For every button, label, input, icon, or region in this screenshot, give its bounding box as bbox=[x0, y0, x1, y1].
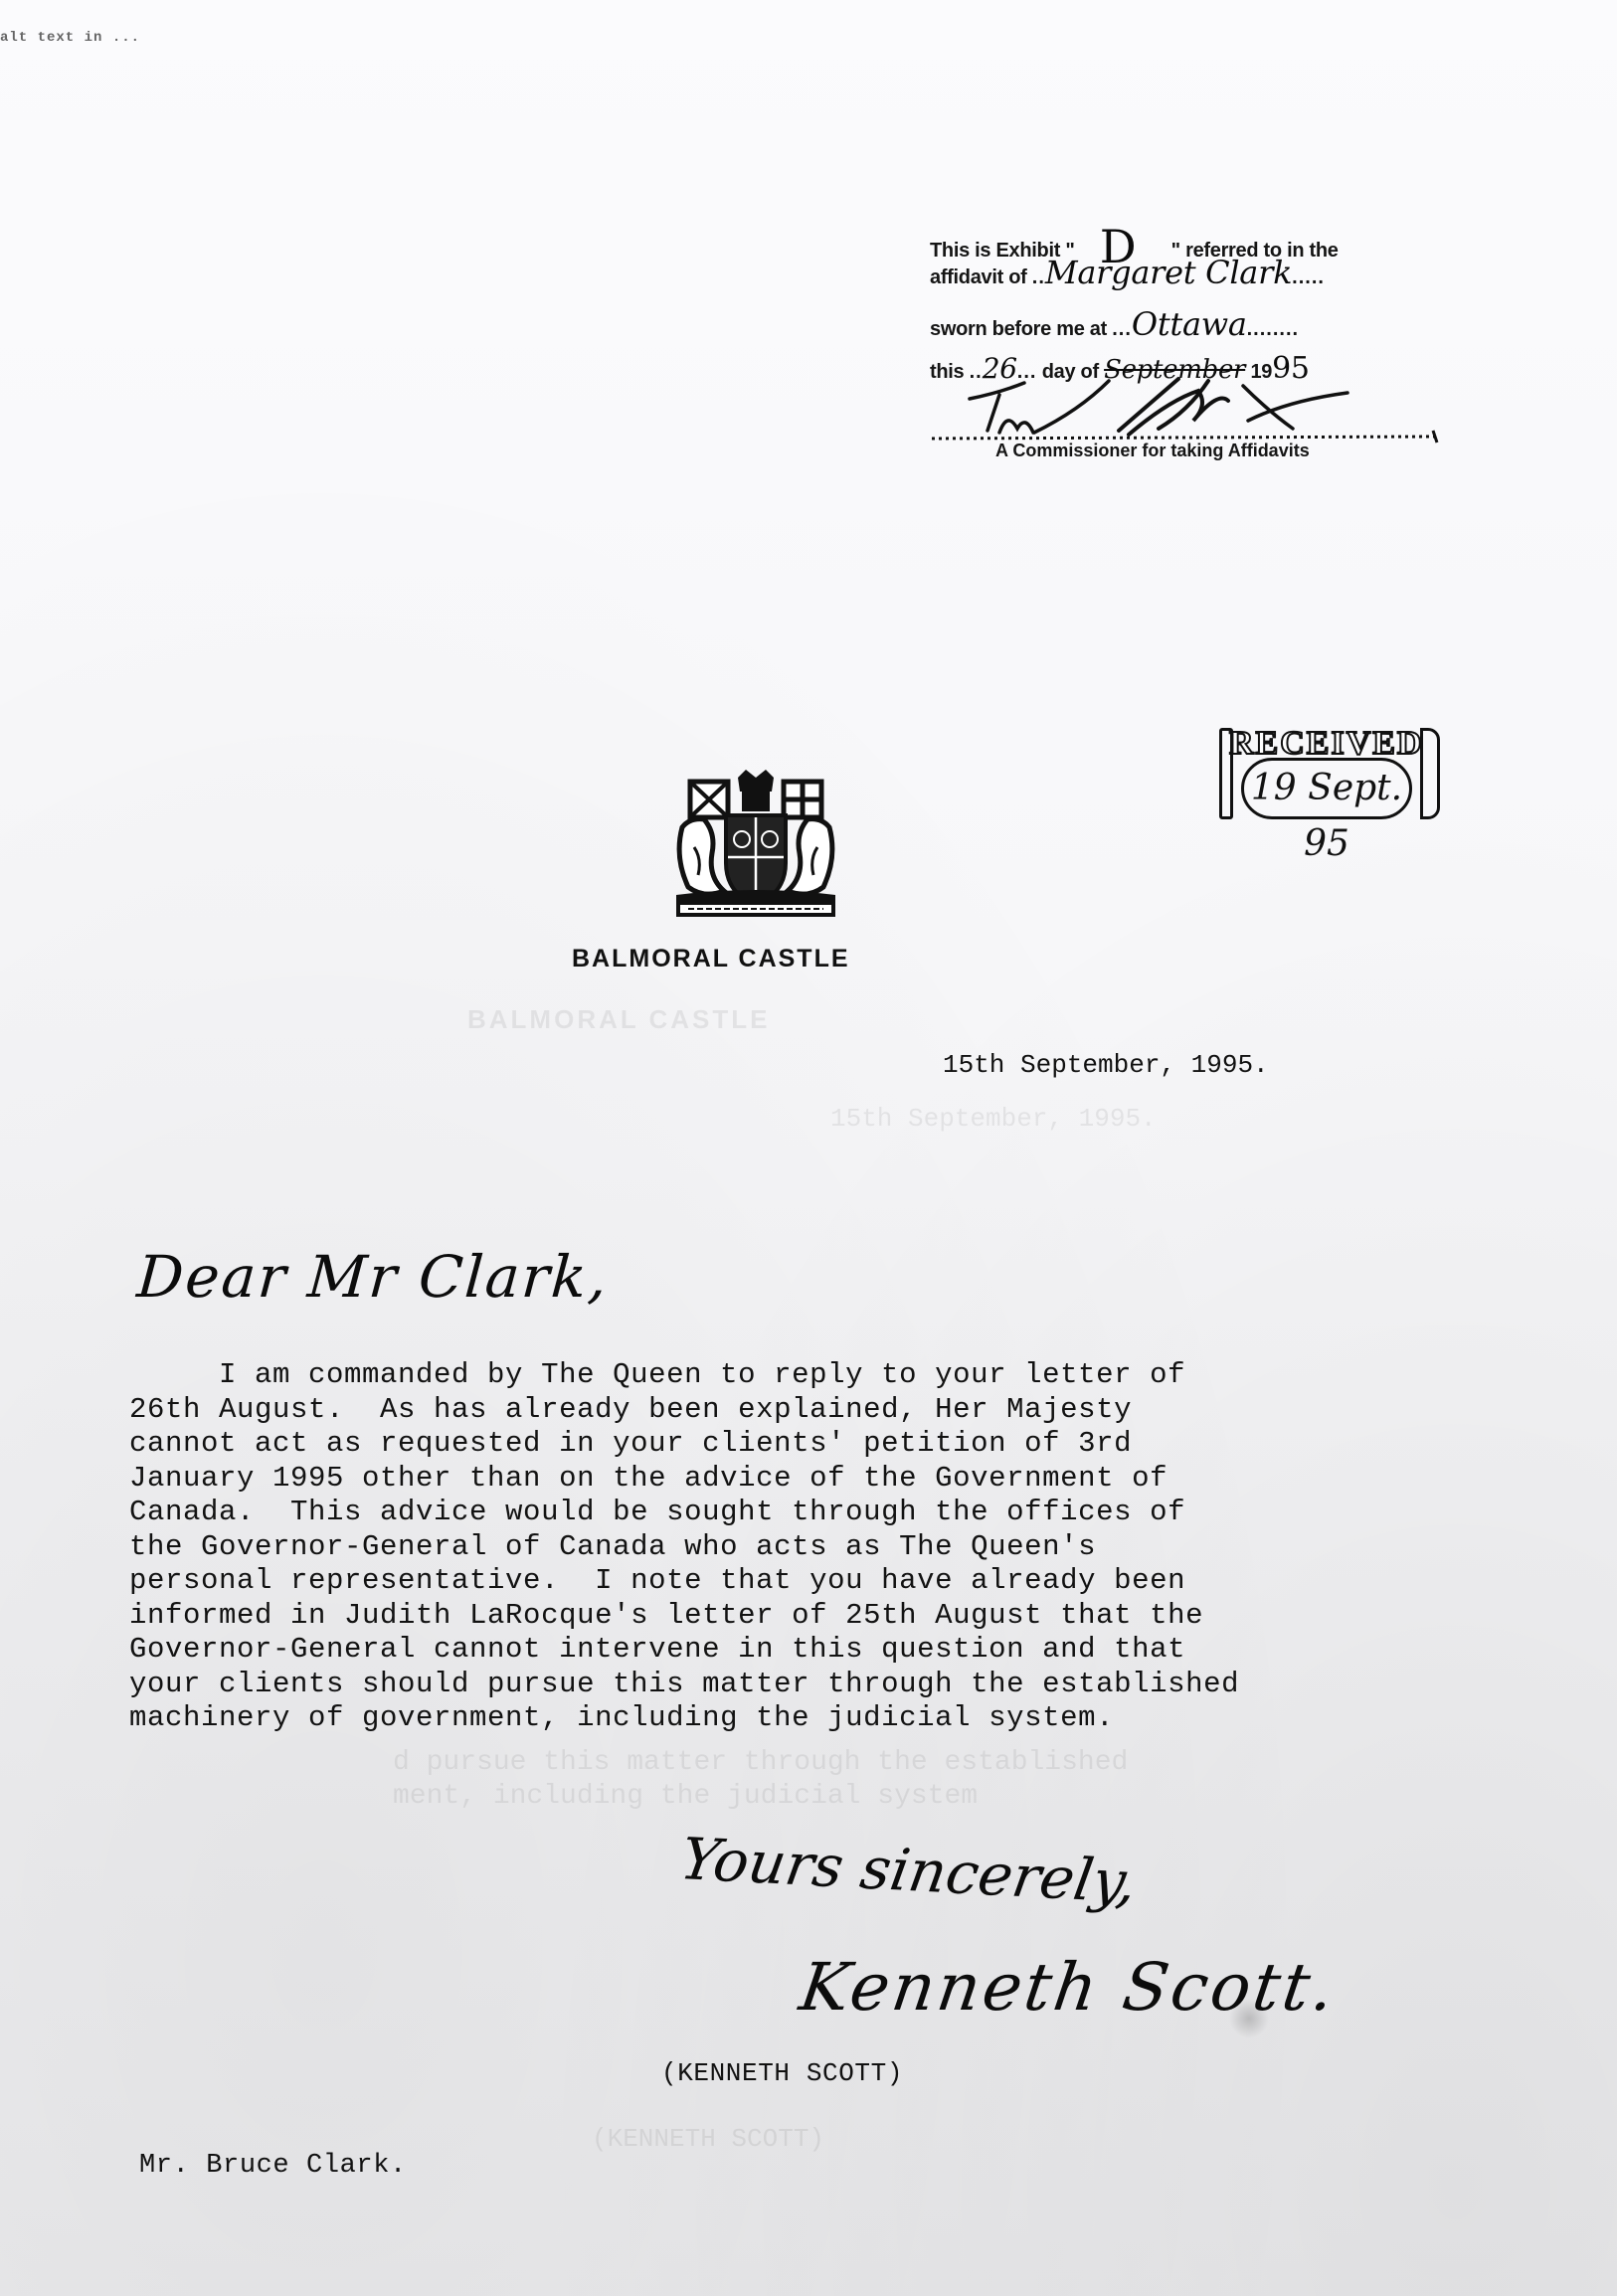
body-line: I am commanded by The Queen to reply to … bbox=[129, 1358, 1452, 1393]
exhibit-stamp: This is Exhibit " D " referred to in the… bbox=[930, 204, 1447, 472]
letter-date: 15th September, 1995. bbox=[943, 1050, 1269, 1080]
received-label: RECEIVED bbox=[1229, 726, 1433, 762]
handwritten-closing: Yours sincerely, bbox=[676, 1825, 1142, 1916]
body-line: informed in Judith LaRocque's letter of … bbox=[129, 1599, 1452, 1634]
body-line: January 1995 other than on the advice of… bbox=[129, 1462, 1452, 1497]
body-line: 26th August. As has already been explain… bbox=[129, 1393, 1452, 1428]
royal-coat-of-arms-icon bbox=[668, 768, 843, 917]
letterhead-title: BALMORAL CASTLE bbox=[572, 945, 850, 973]
body-line: personal representative. I note that you… bbox=[129, 1564, 1452, 1599]
bleed-through-date: 15th September, 1995. bbox=[830, 1104, 1157, 1134]
sworn-place: Ottawa bbox=[1132, 305, 1247, 343]
letter-body: I am commanded by The Queen to reply to … bbox=[129, 1358, 1452, 1736]
exhibit-line-2: affidavit of ..Margaret Clark..... bbox=[930, 254, 1325, 291]
cropped-text-fragment: alt text in ... bbox=[0, 30, 140, 46]
commissioner-signature-icon bbox=[930, 371, 1447, 450]
received-stamp: RECEIVED 19 Sept. 95 bbox=[1219, 726, 1440, 825]
received-date: 19 Sept. 95 bbox=[1241, 758, 1412, 819]
affiant-name: Margaret Clark bbox=[1045, 254, 1292, 291]
handwritten-salutation: Dear Mr Clark, bbox=[135, 1243, 612, 1311]
bleed-through-name: (KENNETH SCOTT) bbox=[592, 2124, 824, 2154]
body-line: the Governor-General of Canada who acts … bbox=[129, 1530, 1452, 1565]
body-line: your clients should pursue this matter t… bbox=[129, 1668, 1452, 1702]
addressee: Mr. Bruce Clark. bbox=[139, 2151, 407, 2181]
body-line: machinery of government, including the j… bbox=[129, 1701, 1452, 1736]
commissioner-caption: A Commissioner for taking Affidavits bbox=[995, 441, 1310, 461]
body-line: Canada. This advice would be sought thro… bbox=[129, 1496, 1452, 1530]
scanned-letter-page: BALMORAL CASTLE 15th September, 1995. d … bbox=[0, 0, 1617, 2296]
bleed-through-letterhead: BALMORAL CASTLE bbox=[467, 1004, 771, 1035]
bleed-through-line: ment, including the judicial system bbox=[393, 1781, 978, 1812]
body-line: Governor-General cannot intervene in thi… bbox=[129, 1633, 1452, 1668]
body-line: cannot act as requested in your clients'… bbox=[129, 1427, 1452, 1462]
ink-smudge bbox=[1229, 1999, 1269, 2038]
bleed-through-line: d pursue this matter through the establi… bbox=[393, 1747, 1128, 1778]
typed-signatory-name: (KENNETH SCOTT) bbox=[661, 2058, 903, 2088]
exhibit-line-3: sworn before me at ...Ottawa........ bbox=[930, 305, 1299, 343]
